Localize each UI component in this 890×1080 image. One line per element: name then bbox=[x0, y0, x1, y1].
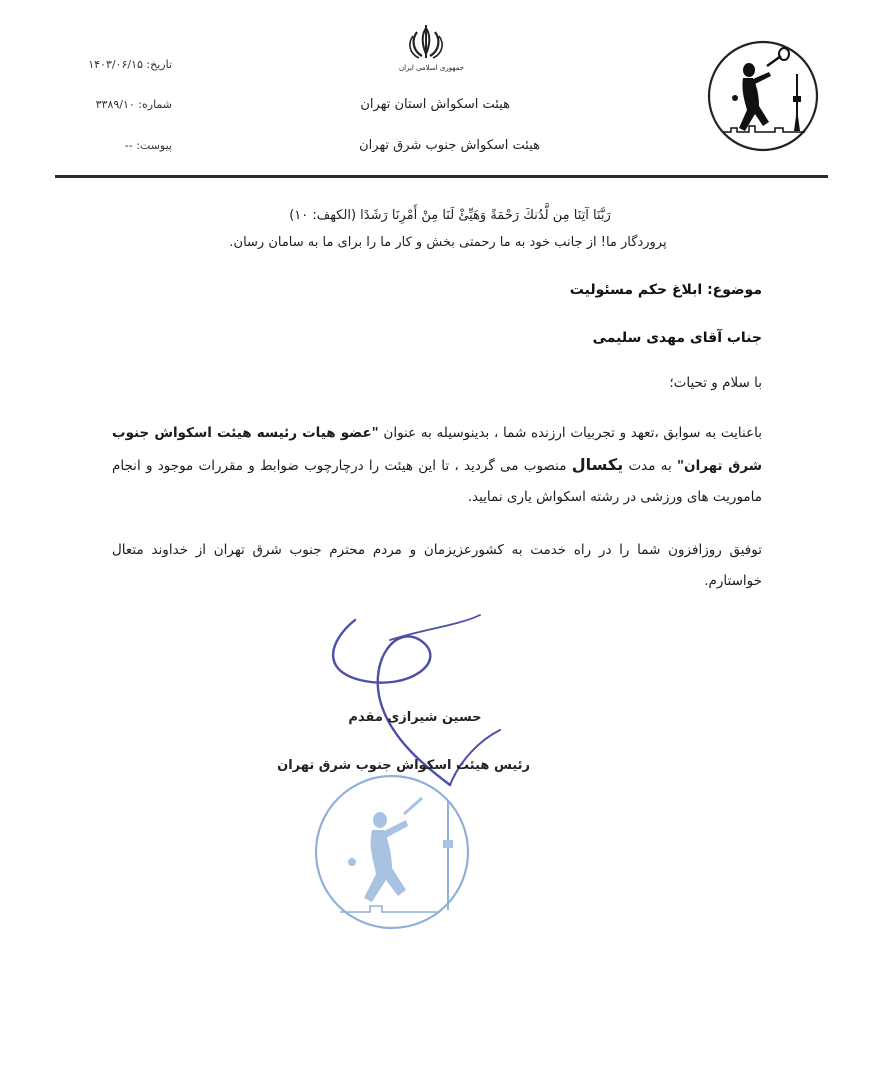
stamp-logo-icon bbox=[310, 770, 475, 935]
org-line-regional: هیئت اسکواش جنوب شرق تهران bbox=[310, 138, 540, 153]
org-line-provincial: هیئت اسکواش استان تهران bbox=[330, 97, 510, 112]
verse-translation: پروردگار ما! از جانب خود به ما رحمتی بخش… bbox=[228, 235, 668, 250]
letter-greeting: با سلام و تحیات؛ bbox=[480, 368, 762, 399]
iran-emblem: جمهوری اسلامی ایران bbox=[405, 24, 447, 76]
quran-verse: رَبَّنَا آتِنَا مِن لَّدُنكَ رَحْمَةً وَ… bbox=[250, 208, 650, 223]
header-divider bbox=[55, 175, 828, 178]
attachment-label: پیوست: bbox=[136, 139, 172, 152]
date-value: ۱۴۰۳/۰۶/۱۵ bbox=[88, 58, 143, 71]
signatory-title: رئیس هیئت اسکواش جنوب شرق تهران bbox=[290, 758, 530, 773]
signatory-name: حسین شیرازی مقدم bbox=[340, 710, 490, 725]
letter-paragraph-2: توفیق روزافزون شما را در راه خدمت به کشو… bbox=[112, 535, 762, 597]
letter-subject: موضوع: ابلاغ حکم مسئولیت bbox=[480, 282, 762, 298]
para1-text-b: به مدت bbox=[623, 458, 677, 474]
squash-board-logo bbox=[705, 36, 825, 161]
para1-duration: یکسال bbox=[572, 455, 623, 474]
letter-paragraph-1: باعنایت به سوابق ،تعهد و تجربیات ارزنده … bbox=[112, 418, 762, 513]
attachment-line: پیوست: -- bbox=[82, 139, 172, 152]
emblem-caption: جمهوری اسلامی ایران bbox=[399, 64, 453, 72]
official-stamp bbox=[310, 770, 475, 935]
emblem-icon bbox=[405, 24, 447, 64]
number-value: ۳۳۸۹/۱۰ bbox=[96, 98, 135, 111]
squash-player-logo-icon bbox=[705, 36, 825, 161]
attachment-value: -- bbox=[125, 139, 133, 152]
date-line: تاریخ: ۱۴۰۳/۰۶/۱۵ bbox=[82, 58, 172, 71]
number-line: شماره: ۳۳۸۹/۱۰ bbox=[82, 98, 172, 111]
para1-text-a: باعنایت به سوابق ،تعهد و تجربیات ارزنده … bbox=[379, 425, 762, 441]
letter-recipient: جناب آقای مهدی سلیمی bbox=[480, 330, 762, 346]
date-label: تاریخ: bbox=[146, 58, 172, 71]
number-label: شماره: bbox=[138, 98, 172, 111]
